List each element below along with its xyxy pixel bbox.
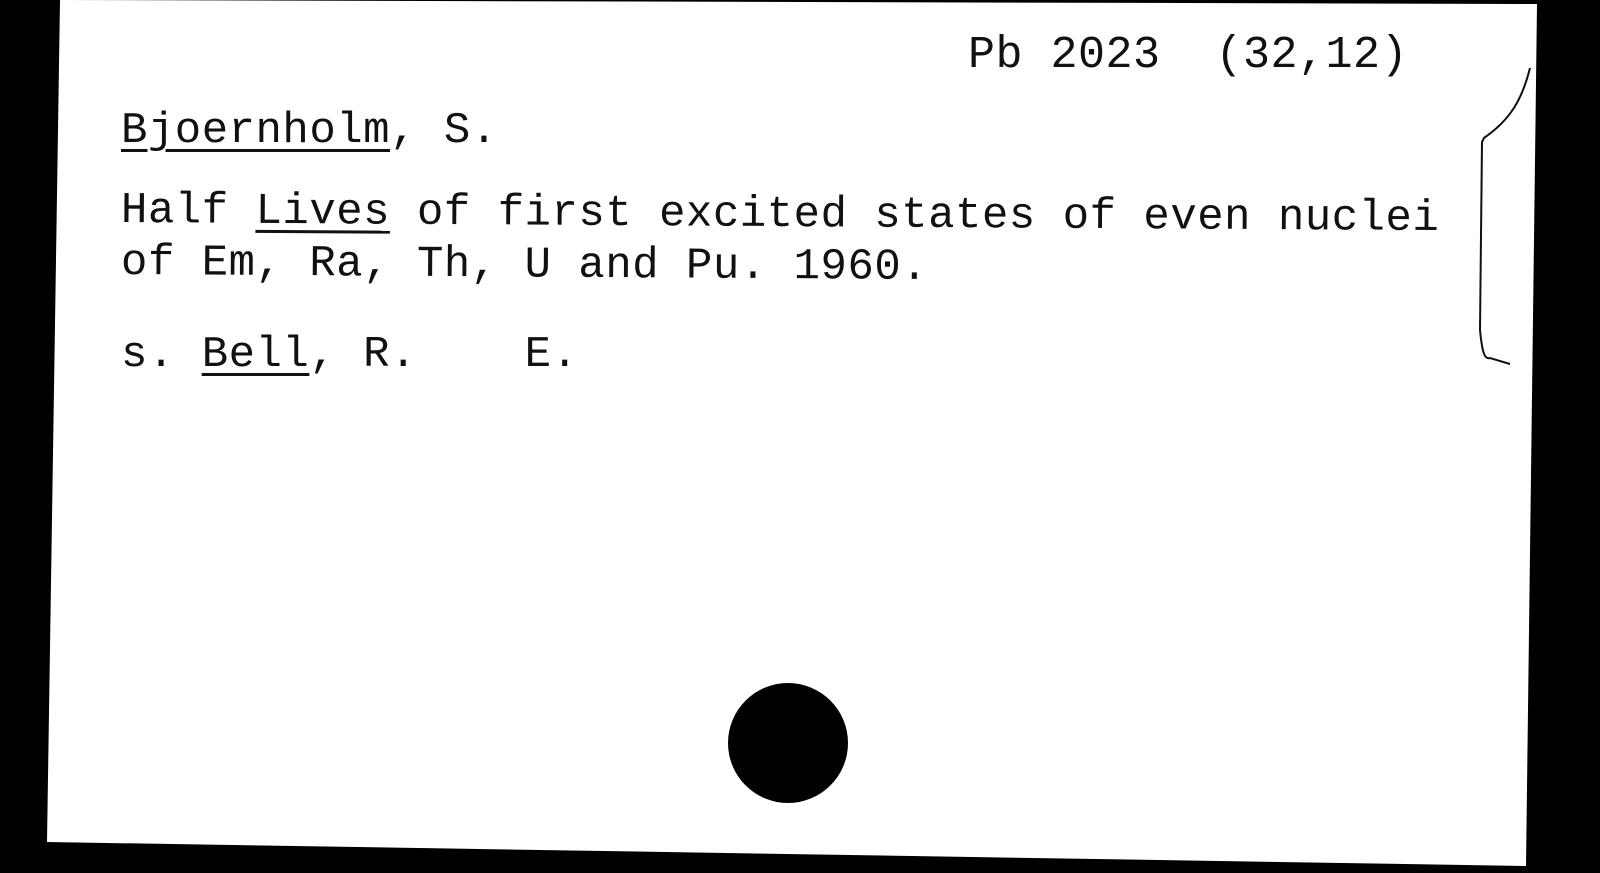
title-prefix: Half [121,186,256,237]
title-suffix: of first excited states of even nuclei [390,188,1440,244]
see-also-reference: s. Bell, R. E. [121,330,578,380]
author-name: Bjoernholm [121,106,390,156]
author-heading: Bjoernholm, S. [121,106,498,156]
punch-hole [728,683,848,803]
shelfmark: Pb 2023 (32,12) [968,30,1408,81]
title-line-2: of Em, Ra, Th, U and Pu. 1960. [121,238,928,293]
author-initials: , S. [390,106,498,156]
bracket-mark-icon [1470,60,1540,380]
title-line-1: Half Lives of first excited states of ev… [121,186,1440,244]
see-also-name: Bell [202,330,310,380]
title-keyword: Lives [255,187,390,238]
index-card: Pb 2023 (32,12) Bjoernholm, S. Half Live… [0,0,1600,873]
see-also-prefix: s. [121,330,202,380]
see-also-initials: , R. E. [309,330,578,380]
